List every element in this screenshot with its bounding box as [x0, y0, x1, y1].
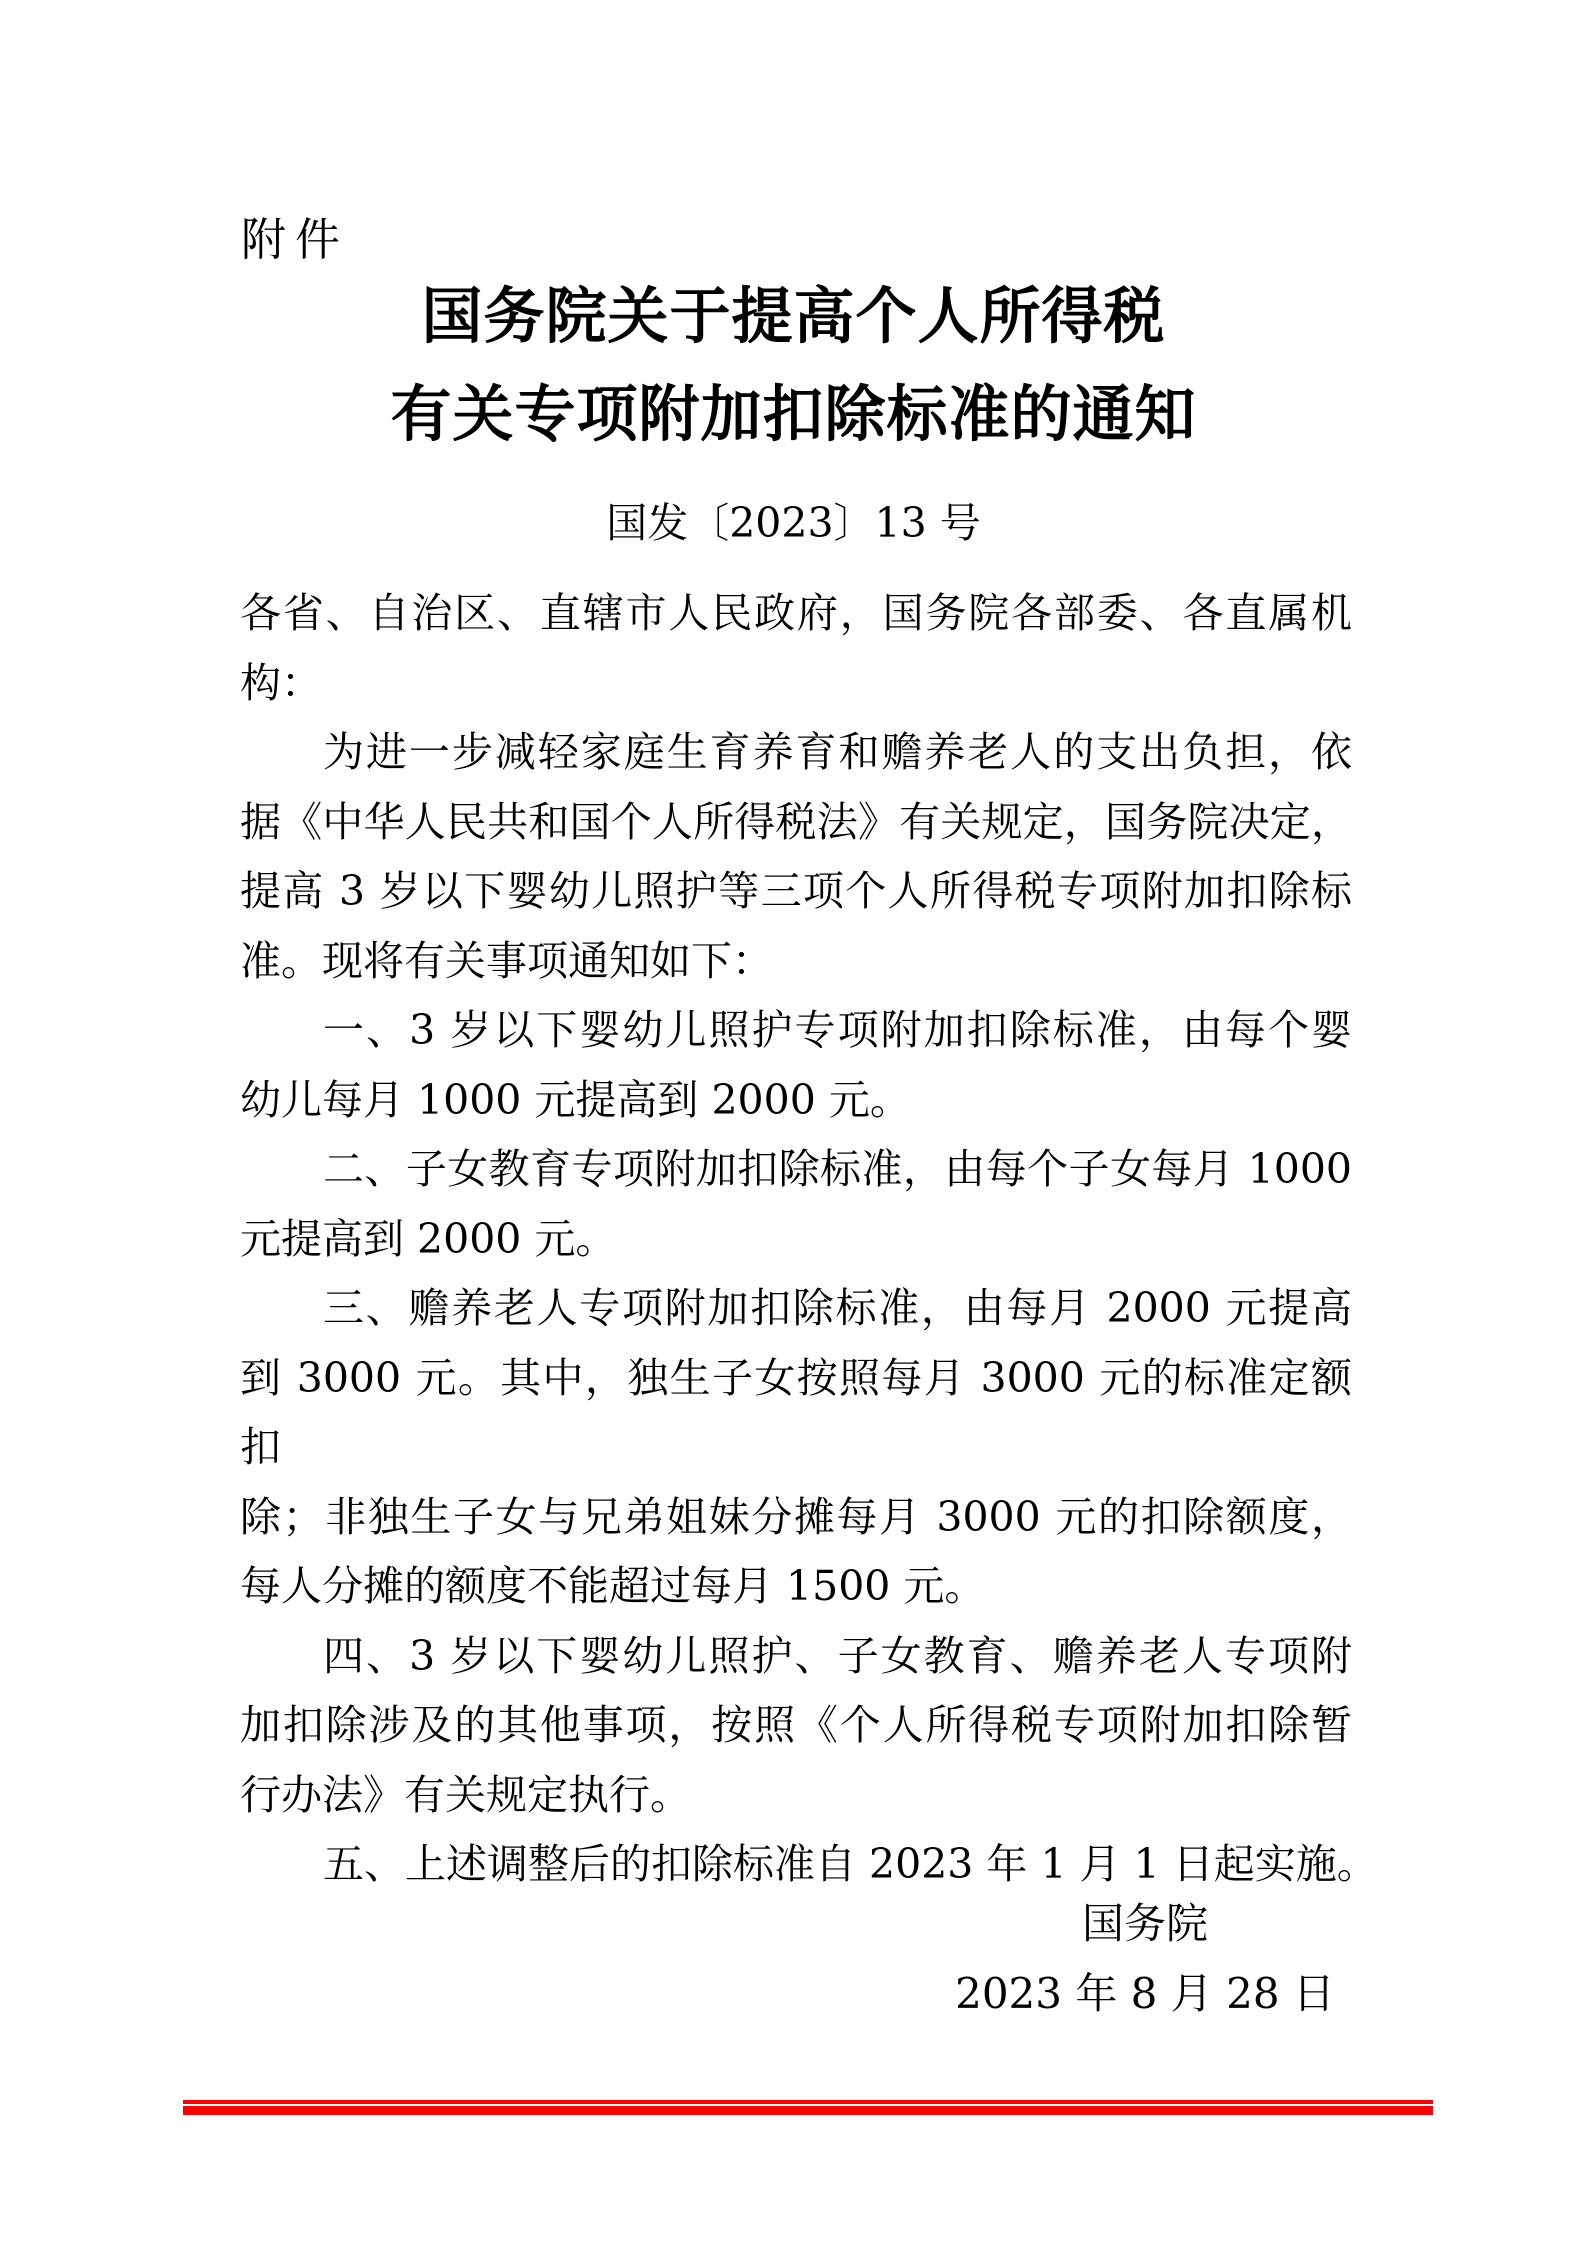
body-line: 元提高到 2000 元。 [240, 1205, 1352, 1275]
document-number: 国发〔2023〕13 号 [0, 490, 1587, 549]
body-line: 一、3 岁以下婴幼儿照护专项附加扣除标准，由每个婴 [240, 996, 1352, 1066]
body-line: 据《中华人民共和国个人所得税法》有关规定，国务院决定， [240, 788, 1352, 858]
body-line: 各省、自治区、直辖市人民政府，国务院各部委、各直属机 [240, 579, 1352, 649]
document-title: 国务院关于提高个人所得税 有关专项附加扣除标准的通知 [0, 268, 1587, 464]
body-line: 三、赡养老人专项附加扣除标准，由每月 2000 元提高 [240, 1274, 1352, 1344]
body-line: 准。现将有关事项通知如下： [240, 927, 1352, 997]
signature-date: 2023 年 8 月 28 日 [945, 1959, 1345, 2029]
document-title-line2: 有关专项附加扣除标准的通知 [0, 366, 1587, 464]
document-page: 附件 国务院关于提高个人所得税 有关专项附加扣除标准的通知 国发〔2023〕13… [0, 0, 1587, 2245]
body-line: 提高 3 岁以下婴幼儿照护等三项个人所得税专项附加扣除标 [240, 857, 1352, 927]
document-body: 各省、自治区、直辖市人民政府，国务院各部委、各直属机构：为进一步减轻家庭生育养育… [240, 579, 1352, 1900]
body-line: 每人分摊的额度不能超过每月 1500 元。 [240, 1552, 1352, 1622]
body-line: 构： [240, 649, 1352, 719]
body-line: 为进一步减轻家庭生育养育和赡养老人的支出负担，依 [240, 718, 1352, 788]
body-line: 四、3 岁以下婴幼儿照护、子女教育、赡养老人专项附 [240, 1622, 1352, 1692]
red-divider [183, 2100, 1433, 2115]
body-line: 二、子女教育专项附加扣除标准，由每个子女每月 1000 [240, 1135, 1352, 1205]
attachment-label: 附件 [241, 203, 349, 268]
body-line: 幼儿每月 1000 元提高到 2000 元。 [240, 1066, 1352, 1136]
red-divider-thick-line [183, 2106, 1433, 2115]
body-line: 加扣除涉及的其他事项，按照《个人所得税专项附加扣除暂 [240, 1691, 1352, 1761]
body-line: 行办法》有关规定执行。 [240, 1761, 1352, 1831]
signature-block: 国务院 2023 年 8 月 28 日 [945, 1889, 1345, 2029]
body-line: 除；非独生子女与兄弟姐妹分摊每月 3000 元的扣除额度， [240, 1483, 1352, 1553]
body-line: 到 3000 元。其中，独生子女按照每月 3000 元的标准定额扣 [240, 1344, 1352, 1483]
document-title-line1: 国务院关于提高个人所得税 [0, 268, 1587, 366]
signature-signer: 国务院 [945, 1889, 1345, 1959]
